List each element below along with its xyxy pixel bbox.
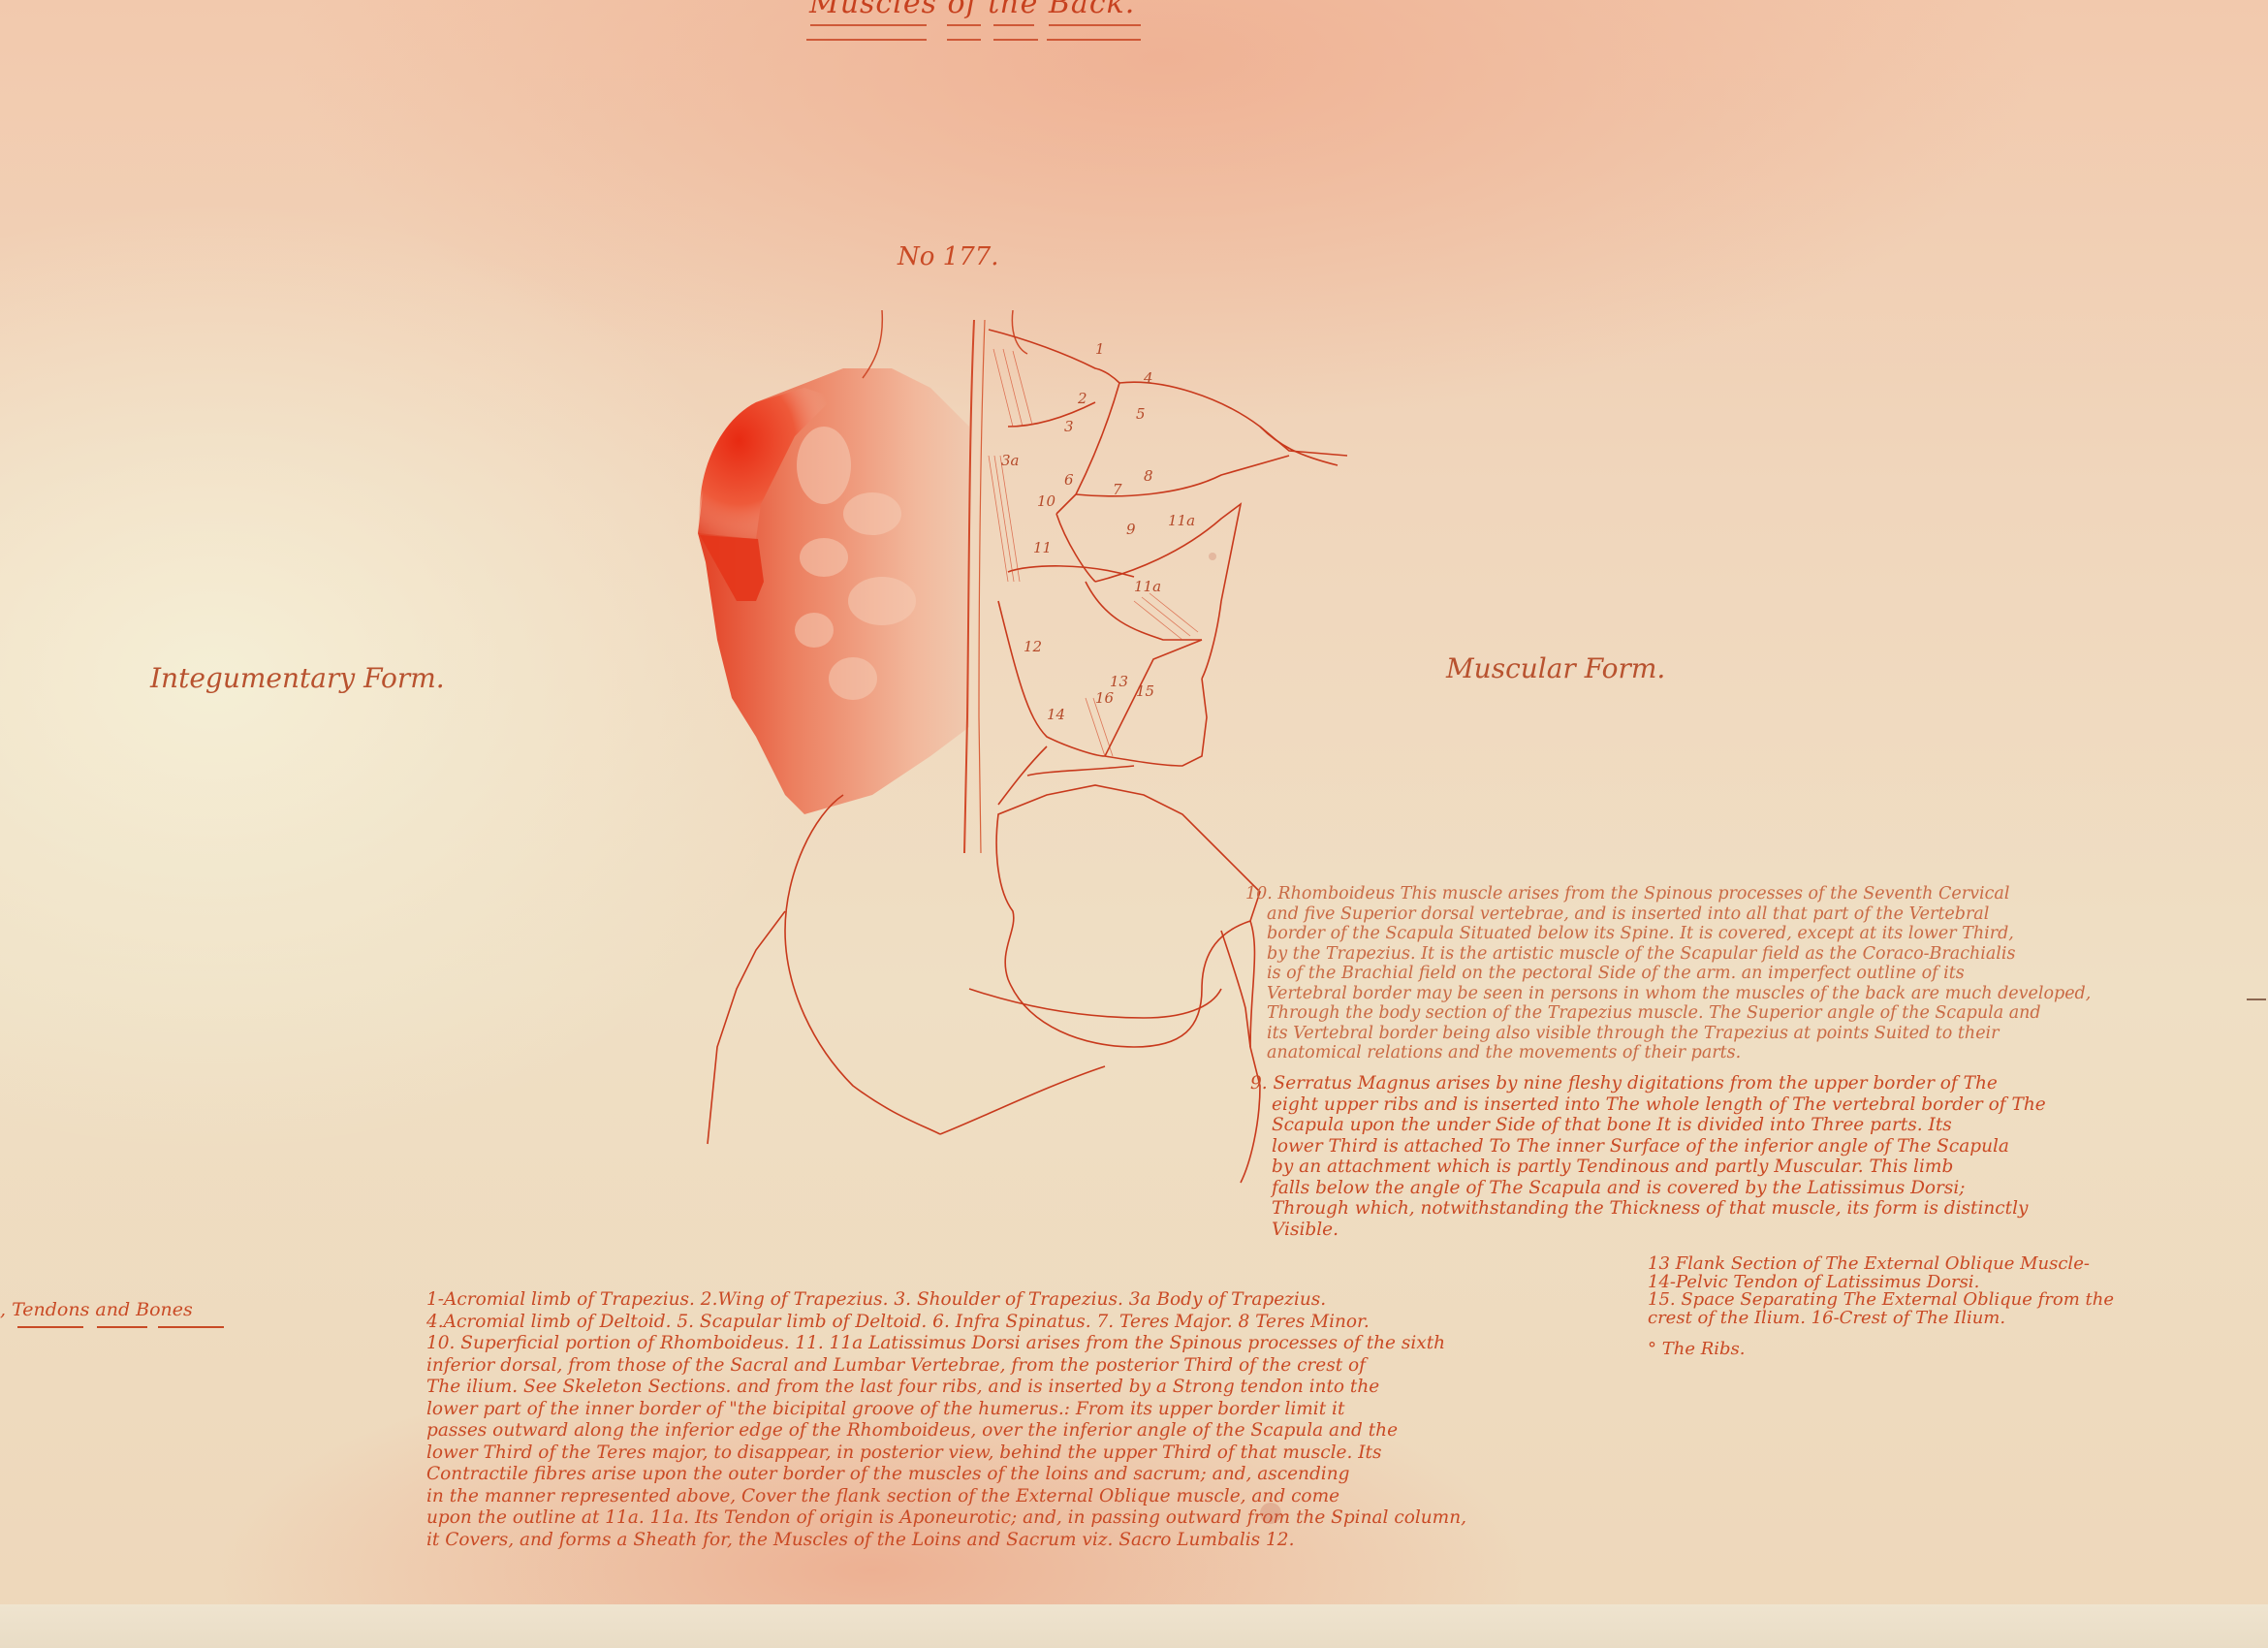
rhomboideus-note-line: by the Trapezius. It is the artistic mus… <box>1245 944 2091 965</box>
legend-line: 4.Acromial limb of Deltoid. 5. Scapular … <box>426 1312 1466 1334</box>
callout-11: 11 <box>1033 539 1052 556</box>
rhomboideus-note-line: anatomical relations and the movements o… <box>1245 1043 2091 1063</box>
serratus-note-line: Through which, notwithstanding the Thick… <box>1250 1198 2046 1220</box>
title-underline <box>947 24 981 26</box>
legend-line: inferior dorsal, from those of the Sacra… <box>426 1355 1466 1378</box>
callout-5: 5 <box>1136 405 1146 423</box>
serratus-note-line: Scapula upon the under Side of that bone… <box>1250 1115 2046 1136</box>
serratus-note-line: eight upper ribs and is inserted into Th… <box>1250 1094 2046 1116</box>
callout-11a-upper: 11a <box>1168 512 1195 529</box>
rhomboideus-note-line: is of the Brachial field on the pectoral… <box>1245 964 2091 984</box>
rhomboideus-note-line: Through the body section of the Trapeziu… <box>1245 1003 2091 1024</box>
title-underline <box>810 24 927 26</box>
callout-3: 3 <box>1064 418 1074 435</box>
plate-number: No 177. <box>898 242 999 271</box>
tendons-and-bones-label: , Tendons and Bones <box>0 1299 193 1320</box>
callout-9: 9 <box>1126 521 1136 538</box>
flank-note-line: 15. Space Separating The External Obliqu… <box>1648 1291 2114 1310</box>
serratus-note-line: lower Third is attached To The inner Sur… <box>1250 1136 2046 1157</box>
rhomboideus-note: 10. Rhomboideus This muscle arises from … <box>1245 884 2091 1063</box>
callout-3a: 3a <box>1001 452 1020 469</box>
legend-line: lower part of the inner border of "the b… <box>426 1399 1466 1421</box>
legend-line: Contractile fibres arise upon the outer … <box>426 1464 1466 1486</box>
plate-title: Muscles of the Back. <box>809 0 1135 20</box>
title-underline <box>1047 39 1141 41</box>
rhomboideus-note-line: 10. Rhomboideus This muscle arises from … <box>1245 884 2091 904</box>
callout-4: 4 <box>1143 369 1153 387</box>
callout-10: 10 <box>1037 492 1056 510</box>
legend-line: passes outward along the inferior edge o… <box>426 1420 1466 1442</box>
callout-8: 8 <box>1144 467 1153 485</box>
paper-bottom-margin <box>0 1604 2268 1648</box>
title-underline <box>993 24 1034 26</box>
paper-stain <box>1260 1503 1281 1524</box>
serratus-note-line: 9. Serratus Magnus arises by nine fleshy… <box>1250 1073 2046 1094</box>
legend-line: in the manner represented above, Cover t… <box>426 1486 1466 1508</box>
numbered-legend: 1-Acromial limb of Trapezius. 2.Wing of … <box>426 1289 1466 1551</box>
integumentary-form-label: Integumentary Form. <box>150 662 445 694</box>
ribs-note: ° The Ribs. <box>1648 1341 2114 1359</box>
rhomboideus-note-line: and five Superior dorsal vertebrae, and … <box>1245 904 2091 925</box>
callout-7: 7 <box>1113 481 1122 498</box>
callout-6: 6 <box>1064 471 1074 489</box>
label-underline <box>17 1326 83 1328</box>
rhomboideus-note-line: Vertebral border may be seen in persons … <box>1245 984 2091 1004</box>
label-underline <box>158 1326 224 1328</box>
paper-edge-mark <box>2247 998 2266 1000</box>
callout-11a-lower: 11a <box>1134 578 1161 595</box>
serratus-note-line: by an attachment which is partly Tendino… <box>1250 1157 2046 1178</box>
callout-16: 16 <box>1095 689 1115 707</box>
callout-15: 15 <box>1136 682 1154 700</box>
legend-line: upon the outline at 11a. 11a. Its Tendon… <box>426 1507 1466 1530</box>
paper-stain <box>1209 553 1216 560</box>
title-underline <box>947 39 981 41</box>
rhomboideus-note-line: its Vertebral border being also visible … <box>1245 1024 2091 1044</box>
callout-1: 1 <box>1095 340 1105 358</box>
flank-note-line: crest of the Ilium. 16-Crest of The Iliu… <box>1648 1310 2114 1328</box>
rhomboideus-note-line: border of the Scapula Situated below its… <box>1245 924 2091 944</box>
callout-13: 13 <box>1110 673 1128 690</box>
legend-line: The ilium. See Skeleton Sections. and fr… <box>426 1377 1466 1399</box>
label-underline <box>97 1326 147 1328</box>
callout-2: 2 <box>1077 390 1087 407</box>
title-underline <box>806 39 927 41</box>
callout-12: 12 <box>1024 638 1042 655</box>
serratus-note-line: Visible. <box>1250 1220 2046 1241</box>
serratus-magnus-note: 9. Serratus Magnus arises by nine fleshy… <box>1250 1073 2046 1240</box>
muscular-form-label: Muscular Form. <box>1446 652 1665 684</box>
title-underline <box>993 39 1038 41</box>
legend-line: lower Third of the Teres major, to disap… <box>426 1442 1466 1465</box>
legend-line: 10. Superficial portion of Rhomboideus. … <box>426 1333 1466 1355</box>
legend-line: 1-Acromial limb of Trapezius. 2.Wing of … <box>426 1289 1466 1312</box>
flank-section-note: 13 Flank Section of The External Oblique… <box>1648 1255 2114 1359</box>
title-underline <box>1049 24 1141 26</box>
serratus-note-line: falls below the angle of The Scapula and… <box>1250 1178 2046 1199</box>
legend-line: it Covers, and forms a Sheath for, the M… <box>426 1530 1466 1552</box>
callout-14: 14 <box>1047 706 1065 723</box>
flank-note-line: 13 Flank Section of The External Oblique… <box>1648 1255 2114 1274</box>
